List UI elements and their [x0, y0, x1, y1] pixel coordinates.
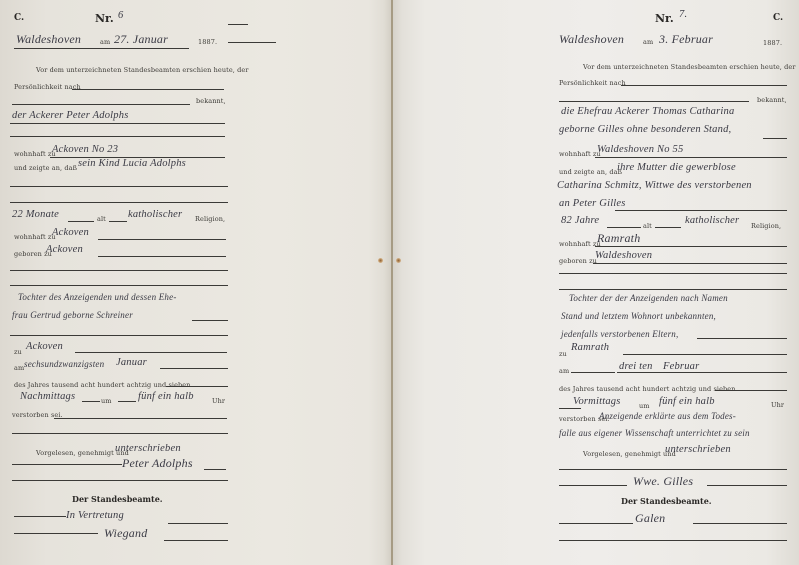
- official-signature: Wiegand: [104, 526, 147, 541]
- date-connector: am: [643, 38, 653, 46]
- rule: [164, 540, 228, 541]
- rule: [559, 273, 787, 274]
- known-suffix: bekannt,: [196, 97, 226, 105]
- rule: [12, 433, 228, 434]
- registration-date: 27. Januar: [114, 32, 168, 47]
- religion-label: Religion,: [195, 215, 225, 223]
- year-text: des Jahres tausend acht hundert achtzig …: [559, 385, 736, 393]
- official-signature: Galen: [635, 511, 665, 526]
- rule: [12, 104, 190, 105]
- deceased-residence: Ackoven: [52, 227, 89, 238]
- time-suffix: Uhr: [771, 401, 784, 409]
- death-place-label: zu: [14, 348, 22, 356]
- time-hour: fünf ein halb: [138, 391, 194, 402]
- place-of-registration: Waldeshoven: [16, 32, 81, 47]
- religion-label: Religion,: [751, 222, 781, 230]
- rule: [693, 523, 787, 524]
- rule: [559, 408, 581, 409]
- time-of-day: Vormittags: [573, 396, 621, 407]
- official-note: In Vertretung: [66, 510, 124, 521]
- rule: [14, 533, 98, 534]
- left-page: C. Nr. 6 Waldeshoven am 27. Januar 1887.…: [0, 0, 392, 565]
- deceased-religion: katholischer: [685, 215, 739, 226]
- record-number: 7.: [679, 9, 687, 20]
- rule: [715, 390, 787, 391]
- death-date-month: Februar: [663, 361, 699, 372]
- deceased-residence-label: wohnhaft zu: [14, 233, 56, 241]
- rule: [763, 138, 787, 139]
- signoff-handwritten: unterschrieben: [115, 443, 181, 454]
- time-connector: um: [639, 402, 650, 410]
- age-label: alt: [643, 222, 652, 230]
- rule: [75, 352, 227, 353]
- rule: [707, 485, 787, 486]
- declarant-residence: Waldeshoven No 55: [597, 144, 683, 155]
- deceased-line-1: ihre Mutter die gewerblose: [617, 162, 736, 173]
- time-suffix: Uhr: [212, 397, 225, 405]
- time-hour: fünf ein halb: [659, 396, 715, 407]
- foxing-stain: [378, 258, 383, 263]
- identity-label: Persönlichkeit nach: [14, 83, 81, 91]
- rule: [10, 136, 225, 137]
- died-note-line-2: falle aus eigener Wissenschaft unterrich…: [559, 428, 750, 438]
- declarant-signature: Peter Adolphs: [122, 456, 193, 471]
- record-label: Nr.: [95, 12, 114, 25]
- rule: [228, 42, 276, 43]
- intro-text: Vor dem unterzeichneten Standesbeamten e…: [36, 66, 249, 74]
- rule: [166, 386, 228, 387]
- rule: [559, 540, 787, 541]
- rule: [118, 401, 136, 402]
- death-date-month: Januar: [116, 357, 147, 368]
- died-note-line-1: Anzeigende erklärte aus dem Todes-: [599, 411, 736, 421]
- deceased-birthplace: Waldeshoven: [595, 250, 652, 261]
- parents-line-2: Stand und letztem Wohnort unbekannten,: [561, 311, 716, 321]
- birthplace-label: geboren zu: [559, 257, 597, 265]
- rule: [14, 516, 66, 517]
- rule: [559, 101, 749, 102]
- rule: [559, 485, 627, 486]
- rule: [559, 523, 633, 524]
- rule: [160, 368, 228, 369]
- death-date-label: am: [14, 364, 24, 372]
- right-page: Nr. 7. C. Waldeshoven am 3. Februar 1887…: [393, 0, 799, 565]
- parents-line-3: jedenfalls verstorbenen Eltern,: [561, 329, 678, 339]
- declarant-name: der Ackerer Peter Adolphs: [12, 110, 129, 121]
- rule: [697, 338, 787, 339]
- rule: [10, 285, 228, 286]
- rule: [10, 335, 228, 336]
- rule: [98, 256, 226, 257]
- signoff-label: Vorgelesen, genehmigt und: [583, 450, 676, 458]
- parents-line-2: frau Gertrud geborne Schreiner: [12, 310, 133, 320]
- deceased-birthplace: Ackoven: [46, 244, 83, 255]
- year-printed: 1887.: [198, 38, 217, 46]
- rule: [593, 263, 787, 264]
- rule: [109, 221, 127, 222]
- report-label: und zeigte an, daß: [559, 168, 622, 176]
- rule: [10, 186, 228, 187]
- rule: [82, 401, 100, 402]
- rule: [192, 320, 228, 321]
- year-text: des Jahres tausend acht hundert achtzig …: [14, 381, 191, 389]
- rule: [68, 221, 94, 222]
- rule: [12, 480, 228, 481]
- deceased-age: 82 Jahre: [561, 215, 599, 226]
- death-place: Ramrath: [571, 342, 609, 353]
- spine-shadow: [384, 0, 402, 565]
- rule: [559, 289, 787, 290]
- time-connector: um: [101, 397, 112, 405]
- rule: [607, 227, 641, 228]
- deceased-age: 22 Monate: [12, 209, 59, 220]
- rule: [617, 372, 787, 373]
- known-suffix: bekannt,: [757, 96, 787, 104]
- official-title: Der Standesbeamte.: [72, 494, 163, 504]
- rule: [615, 210, 787, 211]
- identity-label: Persönlichkeit nach: [559, 79, 626, 87]
- date-connector: am: [100, 38, 110, 46]
- rule: [10, 123, 225, 124]
- rule: [571, 372, 615, 373]
- rule: [228, 24, 248, 25]
- rule: [14, 48, 189, 49]
- deceased-line-2: Catharina Schmitz, Wittwe des verstorben…: [557, 180, 752, 191]
- deceased-residence: Ramrath: [597, 231, 640, 246]
- declarant-line-1: die Ehefrau Ackerer Thomas Catharina: [561, 106, 734, 117]
- record-label: Nr.: [655, 12, 674, 25]
- rule: [72, 89, 224, 90]
- rule: [623, 354, 787, 355]
- rule: [559, 469, 787, 470]
- death-place-label: zu: [559, 350, 567, 358]
- rule: [10, 270, 228, 271]
- death-date-label: am: [559, 367, 569, 375]
- age-label: alt: [97, 215, 106, 223]
- time-of-day: Nachmittags: [20, 391, 75, 402]
- rule: [168, 523, 228, 524]
- rule: [204, 469, 226, 470]
- death-place: Ackoven: [26, 341, 63, 352]
- rule: [621, 85, 787, 86]
- year-printed: 1887.: [763, 39, 782, 47]
- declarant-residence: Ackoven No 23: [52, 144, 118, 155]
- report-label: und zeigte an, daß: [14, 164, 77, 172]
- deceased-line-3: an Peter Gilles: [559, 198, 626, 209]
- rule: [10, 202, 228, 203]
- rule: [595, 246, 787, 247]
- deceased-name: sein Kind Lucia Adolphs: [78, 158, 186, 169]
- declarant-line-2: geborne Gilles ohne besonderen Stand,: [559, 124, 731, 135]
- series-mark: C.: [773, 13, 783, 23]
- rule: [98, 239, 226, 240]
- registration-date: 3. Februar: [659, 32, 713, 47]
- book-spine: [391, 0, 393, 565]
- signoff-handwritten: unterschrieben: [665, 444, 731, 455]
- official-title: Der Standesbeamte.: [621, 496, 712, 506]
- rule: [12, 464, 122, 465]
- intro-text: Vor dem unterzeichneten Standesbeamten e…: [583, 63, 796, 71]
- parents-line-1: Tochter des Anzeigenden und dessen Ehe-: [18, 292, 177, 302]
- parents-line-1: Tochter der der Anzeigenden nach Namen: [569, 293, 728, 303]
- death-date-day: sechsundzwanzigsten: [24, 359, 104, 369]
- rule: [655, 227, 681, 228]
- death-date-day: drei ten: [619, 361, 653, 372]
- place-of-registration: Waldeshoven: [559, 32, 624, 47]
- series-mark: C.: [14, 13, 24, 23]
- declarant-signature: Wwe. Gilles: [633, 474, 693, 489]
- rule: [54, 418, 227, 419]
- deceased-religion: katholischer: [128, 209, 182, 220]
- rule: [595, 157, 787, 158]
- record-number: 6: [118, 10, 123, 21]
